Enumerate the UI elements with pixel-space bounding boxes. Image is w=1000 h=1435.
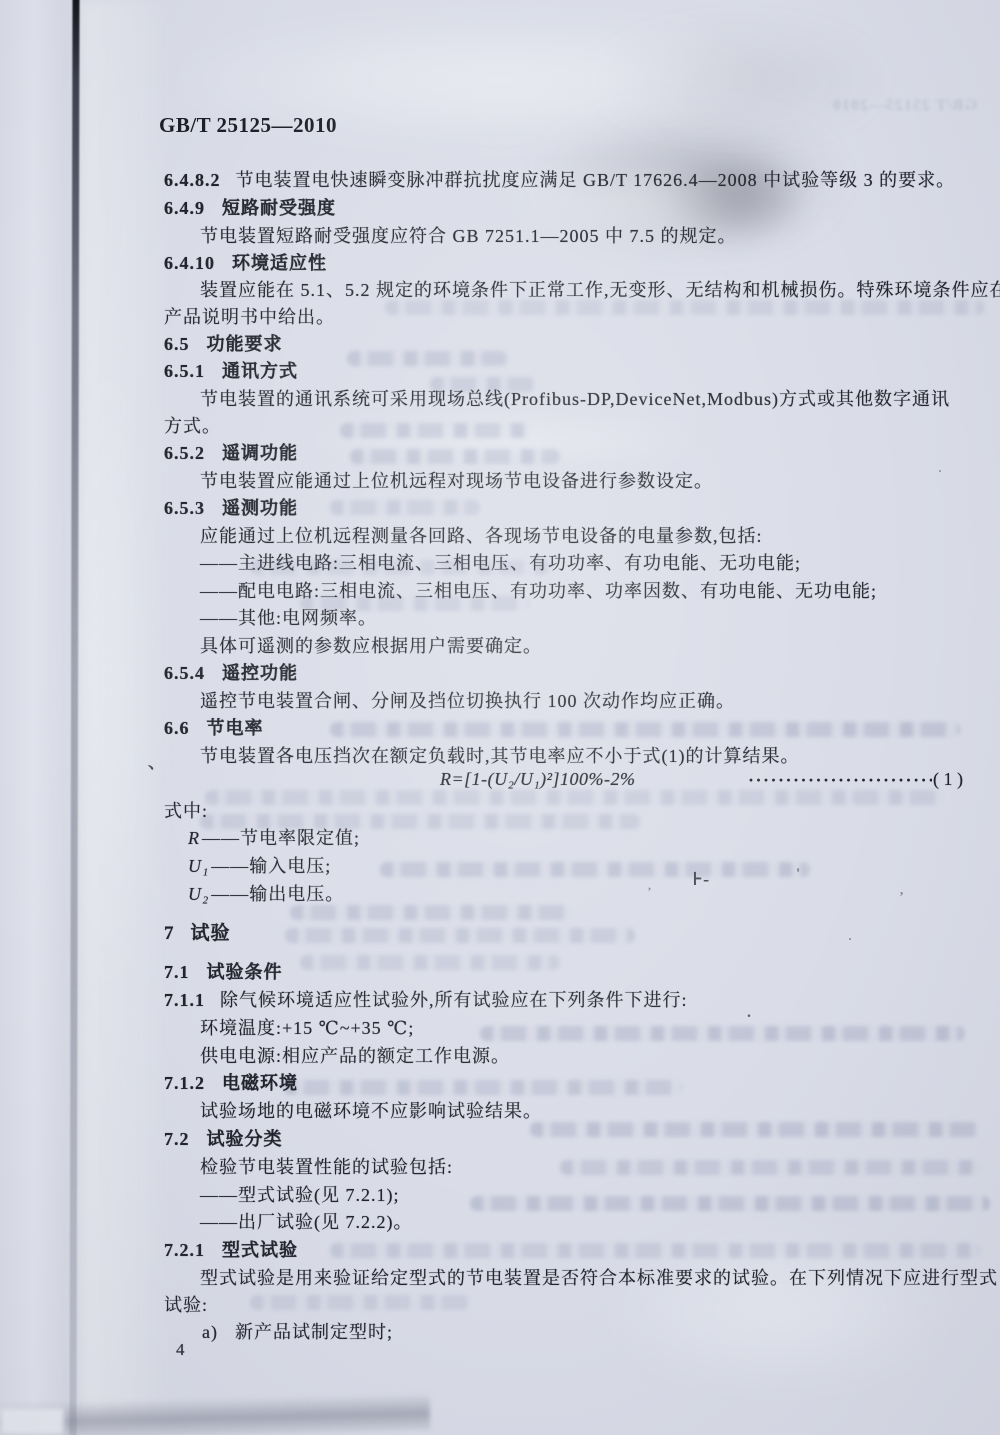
section-heading: 6.6节电率 — [164, 714, 264, 740]
section-heading: 6.5功能要求 — [164, 330, 283, 356]
section-heading: 6.5.1通讯方式 — [164, 357, 298, 383]
bleedthrough-text-line — [340, 423, 530, 438]
stray-ink-mark: · — [938, 464, 942, 479]
bleedthrough-text-line — [330, 500, 480, 515]
symbol: U₂ — [188, 884, 209, 904]
section-heading: 7.2.1型式试验 — [164, 1236, 298, 1262]
line-text: 遥测功能 — [222, 498, 298, 518]
text-line: 具体可遥测的参数应根据用户需要确定。 — [200, 632, 542, 658]
line-text: 通讯方式 — [222, 361, 298, 381]
line-text: 环境适应性 — [232, 253, 327, 273]
section-number: 6.5.4 — [164, 663, 205, 683]
text-line: a)新产品试制定型时; — [202, 1318, 393, 1344]
section-heading: 7.1试验条件 — [164, 958, 283, 984]
section-number: 6.4.9 — [164, 198, 205, 218]
line-text: 试验分类 — [207, 1129, 283, 1149]
section-number: 7.1.2 — [164, 1073, 205, 1093]
bleedthrough-text-line — [290, 905, 570, 920]
text-line: ——主进线电路:三相电流、三相电压、有功功率、有功电能、无功电能; — [200, 549, 801, 575]
line-text: 试验: — [164, 1295, 208, 1315]
text-line: 产品说明书中给出。 — [164, 303, 335, 329]
text-line: R——节电率限定值; — [188, 824, 360, 850]
section-number: 6.5.1 — [164, 361, 205, 381]
line-text: ——主进线电路:三相电流、三相电压、有功功率、有功电能、无功电能; — [200, 553, 801, 573]
symbol: R — [188, 828, 200, 848]
text-line: 方式。 — [164, 412, 221, 438]
bleedthrough-text-line — [283, 1080, 683, 1095]
section-number: 6.5 — [164, 334, 190, 354]
text-line: 节电装置应能通过上位机远程对现场节电设备进行参数设定。 — [200, 467, 713, 493]
section-number: 6.4.8.2 — [164, 170, 221, 190]
line-text: 节电装置应能通过上位机远程对现场节电设备进行参数设定。 — [200, 471, 713, 491]
line-text: ——配电电路:三相电流、三相电压、有功功率、功率因数、有功电能、无功电能; — [200, 581, 877, 601]
section-heading: 6.5.4遥控功能 — [164, 659, 298, 685]
line-text: 方式。 — [164, 416, 221, 436]
line-text: ——输出电压。 — [211, 884, 344, 904]
section-number: 6.5.3 — [164, 498, 205, 518]
text-line: 节电装置各电压挡次在额定负载时,其节电率应不小于式(1)的计算结果。 — [200, 742, 800, 768]
stray-ink-mark: . — [747, 1004, 751, 1022]
section-number: 7.2.1 — [164, 1240, 205, 1260]
text-line: 节电装置短路耐受强度应符合 GB 7251.1—2005 中 7.5 的规定。 — [200, 222, 737, 248]
line-text: 型式试验是用来验证给定型式的节电装置是否符合本标准要求的试验。在下列情况下应进行… — [200, 1268, 998, 1288]
bleedthrough-text-line — [350, 449, 560, 464]
stray-ink-mark: , — [648, 878, 651, 893]
page-number: 4 — [176, 1340, 185, 1360]
line-text: 检验节电装置性能的试验包括: — [200, 1157, 453, 1177]
line-text: 电磁环境 — [222, 1073, 298, 1093]
text-line: 试验场地的电磁环境不应影响试验结果。 — [200, 1097, 542, 1123]
line-text: 供电电源:相应产品的额定工作电源。 — [200, 1046, 510, 1066]
text-line: 环境温度:+15 ℃~+35 ℃; — [200, 1014, 414, 1040]
section-number: 7.1.1 — [164, 990, 205, 1010]
line-text: 功能要求 — [207, 334, 283, 354]
scan-smudge — [600, 30, 880, 130]
symbol: U₁ — [188, 856, 209, 876]
line-text: 环境温度:+15 ℃~+35 ℃; — [200, 1018, 414, 1038]
line-text: 节电率 — [207, 718, 264, 738]
section-heading: 7试验 — [164, 918, 231, 945]
section-number: 7.2 — [164, 1129, 190, 1149]
equation-leader-dots: ········································… — [748, 770, 932, 791]
bleedthrough-text-line — [560, 1160, 980, 1175]
text-line: U₂——输出电压。 — [188, 880, 344, 906]
section-heading: 6.4.9短路耐受强度 — [164, 194, 336, 220]
line-text: ——出厂试验(见 7.2.2)。 — [200, 1212, 413, 1232]
line-text: 除气候环境适应性试验外,所有试验应在下列条件下进行: — [220, 990, 688, 1010]
line-text: 试验条件 — [207, 962, 283, 982]
bleedthrough-text-line — [250, 1295, 470, 1310]
text-line: 应能通过上位机远程测量各回路、各现场节电设备的电量参数,包括: — [200, 522, 763, 548]
text-line: 6.4.8.2节电装置电快速瞬变脉冲群抗扰度应满足 GB/T 17626.4—2… — [164, 166, 955, 192]
section-number: 7.1 — [164, 962, 190, 982]
section-number: 7 — [164, 923, 175, 944]
text-line: 供电电源:相应产品的额定工作电源。 — [200, 1042, 510, 1068]
bleedthrough-text-line — [480, 1026, 965, 1041]
line-text: 试验场地的电磁环境不应影响试验结果。 — [200, 1101, 542, 1121]
text-line: 节电装置的通讯系统可采用现场总线(Profibus-DP,DeviceNet,M… — [200, 385, 950, 411]
stray-ink-mark: 、 — [148, 748, 165, 773]
text-line: ——出厂试验(见 7.2.2)。 — [200, 1208, 413, 1234]
section-number: a) — [202, 1322, 218, 1342]
line-text: 节电装置电快速瞬变脉冲群抗扰度应满足 GB/T 17626.4—2008 中试验… — [236, 170, 956, 190]
bleedthrough-text-line — [300, 955, 560, 970]
equation-number: ( 1 ) — [933, 769, 963, 790]
bleedthrough-text-line — [330, 722, 960, 737]
stray-ink-mark: · — [848, 932, 852, 947]
text-line: ——配电电路:三相电流、三相电压、有功功率、功率因数、有功电能、无功电能; — [200, 577, 877, 603]
bleedthrough-text-line — [285, 928, 635, 943]
bleedthrough-header-text: GB/T 25125—2010 — [812, 97, 977, 115]
text-line: ——型式试验(见 7.2.1); — [200, 1181, 400, 1207]
line-text: ——型式试验(见 7.2.1); — [200, 1185, 400, 1205]
line-text: 型式试验 — [222, 1240, 298, 1260]
line-text: ——其他:电网频率。 — [200, 608, 377, 628]
text-line: 检验节电装置性能的试验包括: — [200, 1153, 453, 1179]
scan-smudge — [290, 415, 720, 465]
scan-smudge — [600, 1230, 960, 1390]
line-text: 遥调功能 — [222, 443, 298, 463]
stray-ink-mark: , — [900, 882, 903, 898]
line-text: 节电装置各电压挡次在额定负载时,其节电率应不小于式(1)的计算结果。 — [200, 746, 800, 766]
bleedthrough-text-line — [470, 1196, 990, 1211]
equation-expression: R=[1-(U₂/U₁)²]100%-2% — [440, 769, 636, 790]
line-text: 装置应能在 5.1、5.2 规定的环境条件下正常工作,无变形、无结构和机械损伤。… — [200, 280, 1000, 300]
bleedthrough-text-line — [330, 1243, 980, 1258]
page-corner-shadow — [0, 1408, 64, 1435]
section-heading: 6.5.3遥测功能 — [164, 494, 298, 520]
bleedthrough-text-line — [385, 300, 985, 315]
page-fold-line — [69, 0, 79, 1435]
text-line: 装置应能在 5.1、5.2 规定的环境条件下正常工作,无变形、无结构和机械损伤。… — [200, 276, 1000, 302]
standard-number-header: GB/T 25125—2010 — [159, 113, 337, 138]
line-text: 遥控节电装置合闸、分闸及挡位切换执行 100 次动作均应正确。 — [200, 691, 735, 711]
line-text: ——输入电压; — [211, 856, 331, 876]
text-line: 遥控节电装置合闸、分闸及挡位切换执行 100 次动作均应正确。 — [200, 687, 735, 713]
text-line: 7.1.1除气候环境适应性试验外,所有试验应在下列条件下进行: — [164, 986, 688, 1012]
line-text: 新产品试制定型时; — [235, 1322, 393, 1342]
text-line: U₁——输入电压; — [188, 852, 331, 878]
section-heading: 7.1.2电磁环境 — [164, 1069, 298, 1095]
page-bottom-edge-shadow — [0, 1393, 430, 1435]
line-text: 短路耐受强度 — [222, 198, 336, 218]
scanned-standard-page: { "document": { "standard_number": "GB/T… — [0, 0, 1000, 1435]
line-text: 具体可遥测的参数应根据用户需要确定。 — [200, 636, 542, 656]
section-number: 6.6 — [164, 718, 190, 738]
line-text: 式中: — [164, 801, 208, 821]
scan-page-edge-strip — [0, 0, 62, 1435]
section-number: 6.4.10 — [164, 253, 215, 273]
section-heading: 6.4.10环境适应性 — [164, 249, 327, 275]
line-text: 节电装置短路耐受强度应符合 GB 7251.1—2005 中 7.5 的规定。 — [200, 226, 737, 246]
text-line: 式中: — [164, 797, 208, 823]
text-line: 试验: — [164, 1291, 208, 1317]
bleedthrough-text-line — [347, 351, 507, 366]
bleedthrough-text-line — [380, 862, 810, 877]
line-text: 节电装置的通讯系统可采用现场总线(Profibus-DP,DeviceNet,M… — [200, 389, 950, 409]
line-text: ——节电率限定值; — [202, 828, 360, 848]
line-text: 遥控功能 — [222, 663, 298, 683]
line-text: 试验 — [191, 923, 231, 944]
line-text: 应能通过上位机远程测量各回路、各现场节电设备的电量参数,包括: — [200, 526, 763, 546]
line-text: 产品说明书中给出。 — [164, 307, 335, 327]
text-line: 型式试验是用来验证给定型式的节电装置是否符合本标准要求的试验。在下列情况下应进行… — [200, 1264, 998, 1290]
section-heading: 6.5.2遥调功能 — [164, 439, 298, 465]
bleedthrough-text-line — [530, 1122, 980, 1137]
section-number: 6.5.2 — [164, 443, 205, 463]
section-heading: 7.2试验分类 — [164, 1125, 283, 1151]
text-line: ——其他:电网频率。 — [200, 604, 377, 630]
page-fold-highlight — [80, 0, 175, 1435]
stray-ink-mark: ⊦- — [692, 869, 709, 890]
stray-ink-mark: ' — [796, 866, 800, 883]
